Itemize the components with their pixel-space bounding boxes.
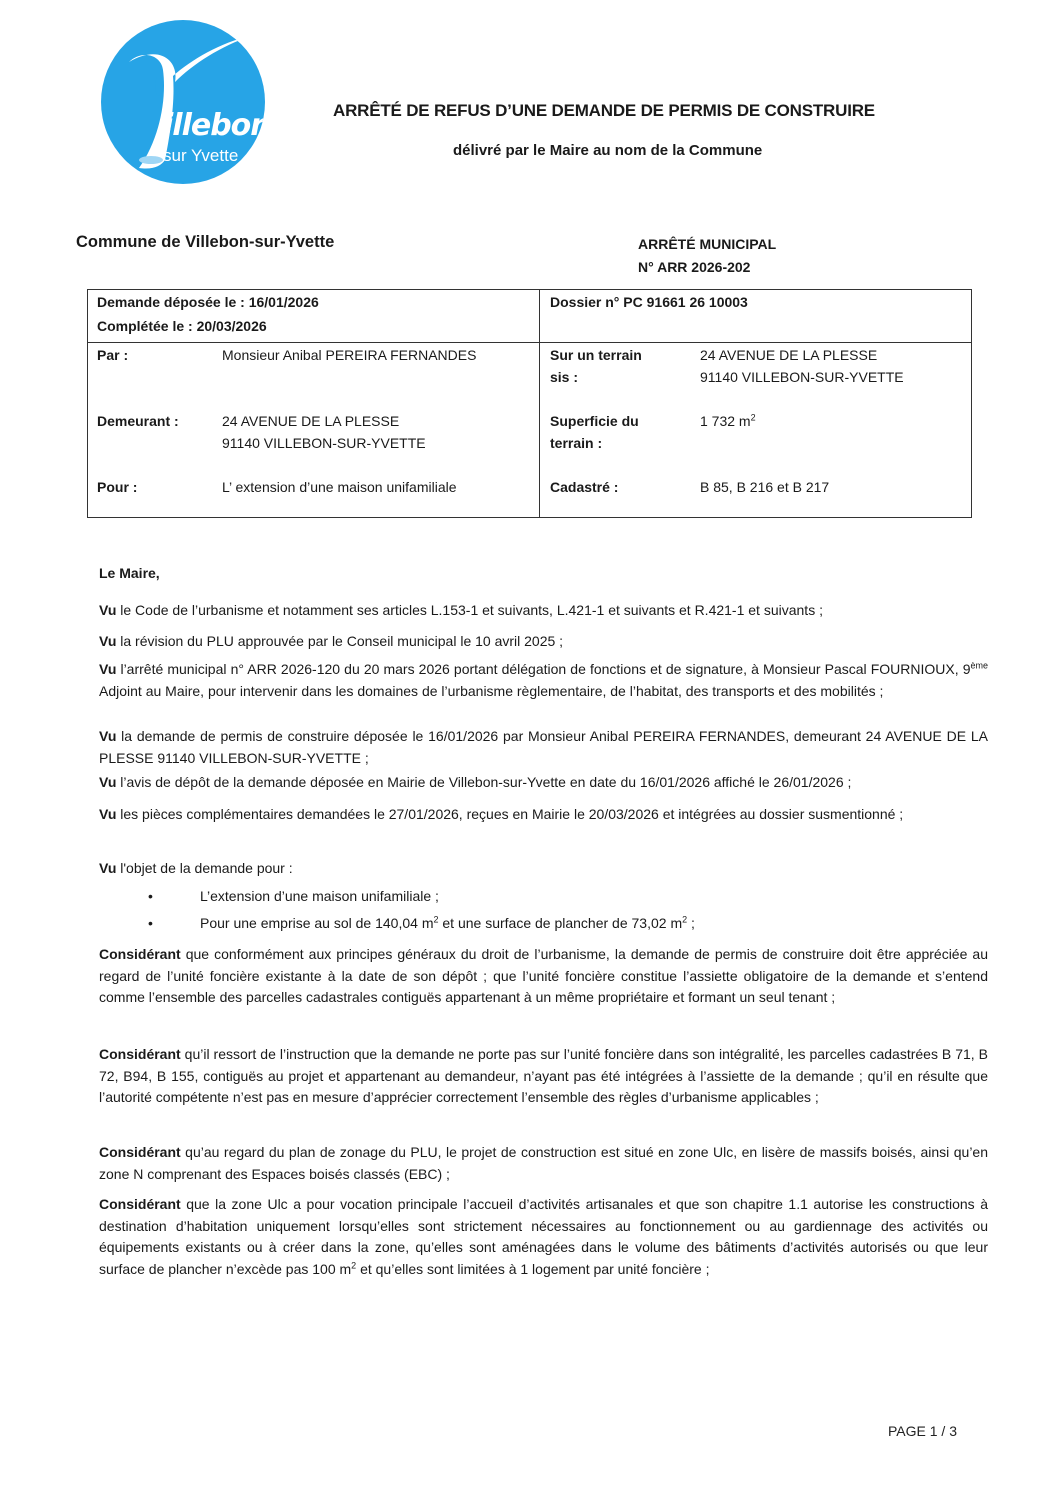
superficie-label-1: Superficie du (550, 410, 639, 432)
vu-paragraph-3: Vu l’arrêté municipal n° ARR 2026-120 du… (99, 659, 988, 702)
vu-paragraph-4: Vu la demande de permis de construire dé… (99, 726, 988, 769)
dossier-prefix: Dossier n° (550, 294, 623, 310)
considerant-keyword: Considérant (99, 1196, 181, 1212)
dossier-number: Dossier n° PC 91661 26 10003 (550, 291, 748, 313)
vu-paragraph-2: Vu la révision du PLU approuvée par le C… (99, 631, 988, 653)
deposee-date: Demande déposée le : 16/01/2026 (97, 291, 319, 313)
vu-keyword: Vu (99, 661, 116, 677)
vu-text: la demande de permis de construire dépos… (99, 728, 988, 766)
bullet-text: L’extension d’une maison unifamiliale ; (200, 886, 439, 907)
commune-name: Commune de Villebon-sur-Yvette (76, 233, 334, 252)
superficie-value: 1 732 m2 (700, 410, 756, 432)
vu-paragraph-5: Vu l’avis de dépôt de la demande déposée… (99, 772, 988, 794)
considerant-keyword: Considérant (99, 1144, 181, 1160)
vu-text-tail: Adjoint au Maire, pour intervenir dans l… (99, 683, 883, 699)
considerant-paragraph-3: Considérant qu’au regard du plan de zona… (99, 1142, 988, 1185)
superficie-label-2: terrain : (550, 432, 602, 454)
page-number: PAGE 1 / 3 (888, 1423, 957, 1439)
vu-text: l'objet de la demande pour : (116, 860, 292, 876)
bullet-text-b: et une surface de plancher de 73,02 m (439, 915, 683, 931)
bullet-icon: • (148, 886, 158, 907)
demeurant-line2: 91140 VILLEBON-SUR-YVETTE (222, 432, 426, 454)
intro-le-maire: Le Maire, (99, 563, 988, 585)
table-divider-horizontal (88, 342, 971, 343)
dossier-info-table: Demande déposée le : 16/01/2026 Complété… (87, 289, 972, 518)
bullet-text-c: ; (687, 915, 695, 931)
vu-keyword: Vu (99, 806, 116, 822)
vu-keyword: Vu (99, 774, 116, 790)
villebon-logo: illebon sur Yvette (101, 20, 265, 184)
considerant-text: qu’il ressort de l’instruction que la de… (99, 1046, 988, 1105)
considerant-text: qu’au regard du plan de zonage du PLU, l… (99, 1144, 988, 1182)
document-page: illebon sur Yvette ARRÊTÉ DE REFUS D’UNE… (0, 0, 1058, 1496)
dossier-value: PC 91661 26 10003 (623, 294, 748, 310)
vu-paragraph-7: Vu l'objet de la demande pour : (99, 858, 988, 880)
considerant-paragraph-2: Considérant qu’il ressort de l’instructi… (99, 1044, 988, 1109)
vu-keyword: Vu (99, 602, 116, 618)
logo-subtitle: sur Yvette (163, 146, 238, 166)
vu-text: l’arrêté municipal n° ARR 2026-120 du 20… (116, 661, 970, 677)
vu-text: le Code de l’urbanisme et notamment ses … (116, 602, 823, 618)
par-value: Monsieur Anibal PEREIRA FERNANDES (222, 344, 476, 366)
vu-keyword: Vu (99, 860, 116, 876)
pour-label: Pour : (97, 476, 137, 498)
demeurant-label: Demeurant : (97, 410, 179, 432)
superficie-sup: 2 (751, 412, 756, 422)
vu-text: les pièces complémentaires demandées le … (116, 806, 903, 822)
demeurant-line1: 24 AVENUE DE LA PLESSE (222, 410, 399, 432)
vu-sup: ème (970, 660, 988, 670)
document-title: ARRÊTÉ DE REFUS D’UNE DEMANDE DE PERMIS … (333, 101, 913, 121)
par-label: Par : (97, 344, 128, 366)
bullet-text-a: Pour une emprise au sol de 140,04 m (200, 915, 433, 931)
vu-keyword: Vu (99, 633, 116, 649)
pour-value: L’ extension d’une maison unifamiliale (222, 476, 457, 498)
table-divider-vertical (539, 290, 540, 517)
considerant-keyword: Considérant (99, 946, 181, 962)
logo-wordmark: illebon (163, 108, 265, 143)
cadastre-value: B 85, B 216 et B 217 (700, 476, 829, 498)
arrete-number: N° ARR 2026-202 (638, 259, 750, 275)
considerant-paragraph-1: Considérant que conformément aux princip… (99, 944, 988, 1009)
bullet-icon: • (148, 913, 158, 934)
vu-text: la révision du PLU approuvée par le Cons… (116, 633, 563, 649)
considerant-text-b: et qu’elles sont limitées à 1 logement p… (356, 1261, 709, 1277)
vu-paragraph-1: Vu le Code de l’urbanisme et notamment s… (99, 600, 988, 622)
terrain-line2: 91140 VILLEBON-SUR-YVETTE (700, 366, 904, 388)
completee-date: Complétée le : 20/03/2026 (97, 315, 267, 337)
vu-paragraph-6: Vu les pièces complémentaires demandées … (99, 804, 988, 826)
considerant-text: que conformément aux principes généraux … (99, 946, 988, 1005)
cadastre-label: Cadastré : (550, 476, 618, 498)
terrain-label-1: Sur un terrain (550, 344, 642, 366)
terrain-label-2: sis : (550, 366, 578, 388)
considerant-paragraph-4: Considérant que la zone Ulc a pour vocat… (99, 1194, 988, 1280)
terrain-line1: 24 AVENUE DE LA PLESSE (700, 344, 877, 366)
bullet-text: Pour une emprise au sol de 140,04 m2 et … (200, 913, 695, 934)
superficie-number: 1 732 m (700, 413, 751, 429)
arrete-label: ARRÊTÉ MUNICIPAL (638, 236, 776, 252)
vu-keyword: Vu (99, 728, 116, 744)
document-subtitle: délivré par le Maire au nom de la Commun… (453, 142, 762, 159)
vu-text: l’avis de dépôt de la demande déposée en… (116, 774, 851, 790)
considerant-keyword: Considérant (99, 1046, 181, 1062)
